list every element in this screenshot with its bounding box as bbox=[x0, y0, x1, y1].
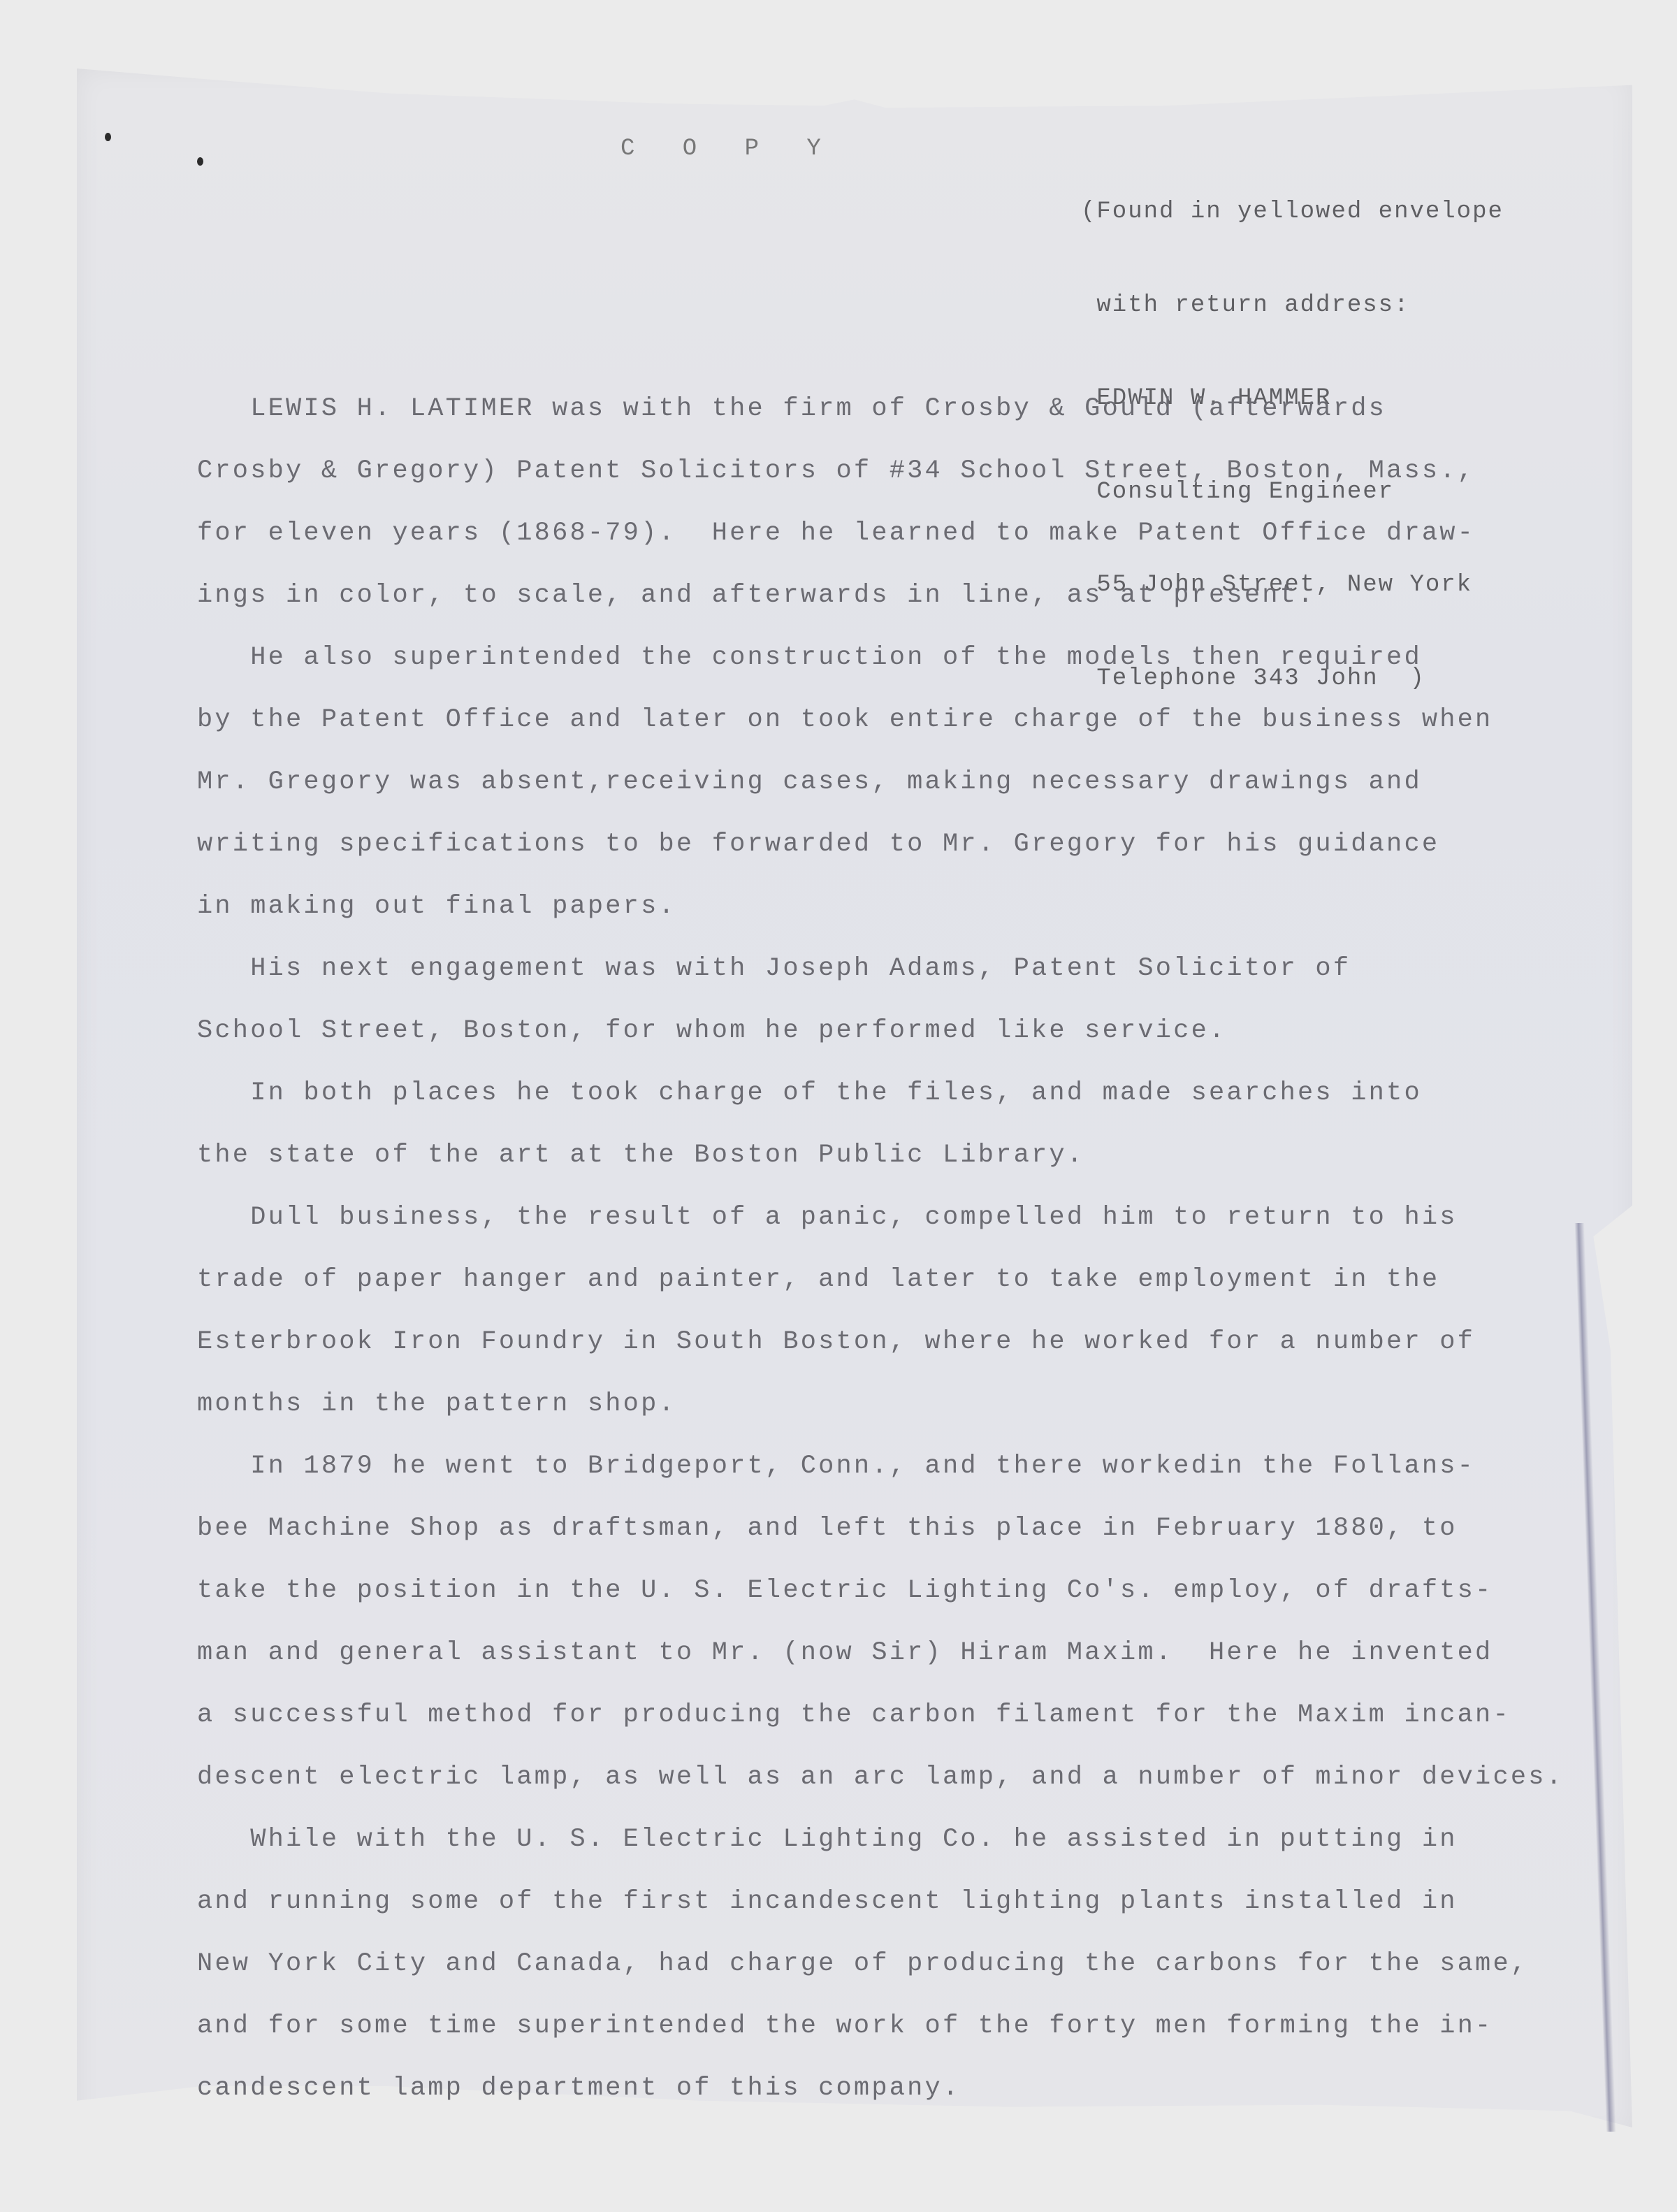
text-line: New York City and Canada, had charge of … bbox=[197, 1932, 1567, 1995]
text-line: the state of the art at the Boston Publi… bbox=[197, 1124, 1567, 1186]
text-line: months in the pattern shop. bbox=[197, 1373, 1567, 1435]
text-line: bee Machine Shop as draftsman, and left … bbox=[197, 1497, 1567, 1559]
text-line: in making out final papers. bbox=[197, 875, 1567, 937]
text-line: Crosby & Gregory) Patent Solicitors of #… bbox=[197, 440, 1567, 502]
text-line: candescent lamp department of this compa… bbox=[197, 2057, 1567, 2119]
text-line: LEWIS H. LATIMER was with the firm of Cr… bbox=[197, 377, 1567, 440]
text-line: In 1879 he went to Bridgeport, Conn., an… bbox=[197, 1435, 1567, 1497]
text-line: School Street, Boston, for whom he perfo… bbox=[197, 999, 1567, 1062]
copy-header-mark: C O P Y bbox=[620, 137, 838, 161]
text-line: Mr. Gregory was absent,receiving cases, … bbox=[197, 751, 1567, 813]
paragraph-lighting-plants: While with the U. S. Electric Lighting C… bbox=[197, 1808, 1567, 2119]
text-line: trade of paper hanger and painter, and l… bbox=[197, 1248, 1567, 1310]
text-line: man and general assistant to Mr. (now Si… bbox=[197, 1621, 1567, 1684]
text-line: His next engagement was with Joseph Adam… bbox=[197, 937, 1567, 999]
paragraph-dull-business: Dull business, the result of a panic, co… bbox=[197, 1186, 1567, 1435]
text-line: descent electric lamp, as well as an arc… bbox=[197, 1746, 1567, 1808]
text-line: and running some of the first incandesce… bbox=[197, 1870, 1567, 1932]
text-line: While with the U. S. Electric Lighting C… bbox=[197, 1808, 1567, 1870]
paragraph-models: He also superintended the construction o… bbox=[197, 626, 1567, 937]
text-line: Dull business, the result of a panic, co… bbox=[197, 1186, 1567, 1248]
punch-hole-mark bbox=[105, 133, 111, 141]
text-line: take the position in the U. S. Electric … bbox=[197, 1559, 1567, 1621]
paragraph-joseph-adams: His next engagement was with Joseph Adam… bbox=[197, 937, 1567, 1062]
text-line: writing specifications to be forwarded t… bbox=[197, 813, 1567, 875]
text-line: He also superintended the construction o… bbox=[197, 626, 1567, 688]
text-line: Esterbrook Iron Foundry in South Boston,… bbox=[197, 1310, 1567, 1373]
envelope-note-line: (Found in yellowed envelope bbox=[1081, 196, 1504, 228]
text-line: for eleven years (1868-79). Here he lear… bbox=[197, 502, 1567, 564]
paragraph-crosby-gould: LEWIS H. LATIMER was with the firm of Cr… bbox=[197, 377, 1567, 626]
document-body: LEWIS H. LATIMER was with the firm of Cr… bbox=[197, 377, 1567, 2119]
text-line: and for some time superintended the work… bbox=[197, 1995, 1567, 2057]
text-line: a successful method for producing the ca… bbox=[197, 1684, 1567, 1746]
paragraph-files-searches: In both places he took charge of the fil… bbox=[197, 1062, 1567, 1186]
paragraph-bridgeport-maxim: In 1879 he went to Bridgeport, Conn., an… bbox=[197, 1435, 1567, 1808]
envelope-note-line: with return address: bbox=[1081, 290, 1504, 321]
text-line: In both places he took charge of the fil… bbox=[197, 1062, 1567, 1124]
text-line: ings in color, to scale, and afterwards … bbox=[197, 564, 1567, 626]
text-line: by the Patent Office and later on took e… bbox=[197, 688, 1567, 751]
punch-hole-mark bbox=[197, 157, 203, 166]
